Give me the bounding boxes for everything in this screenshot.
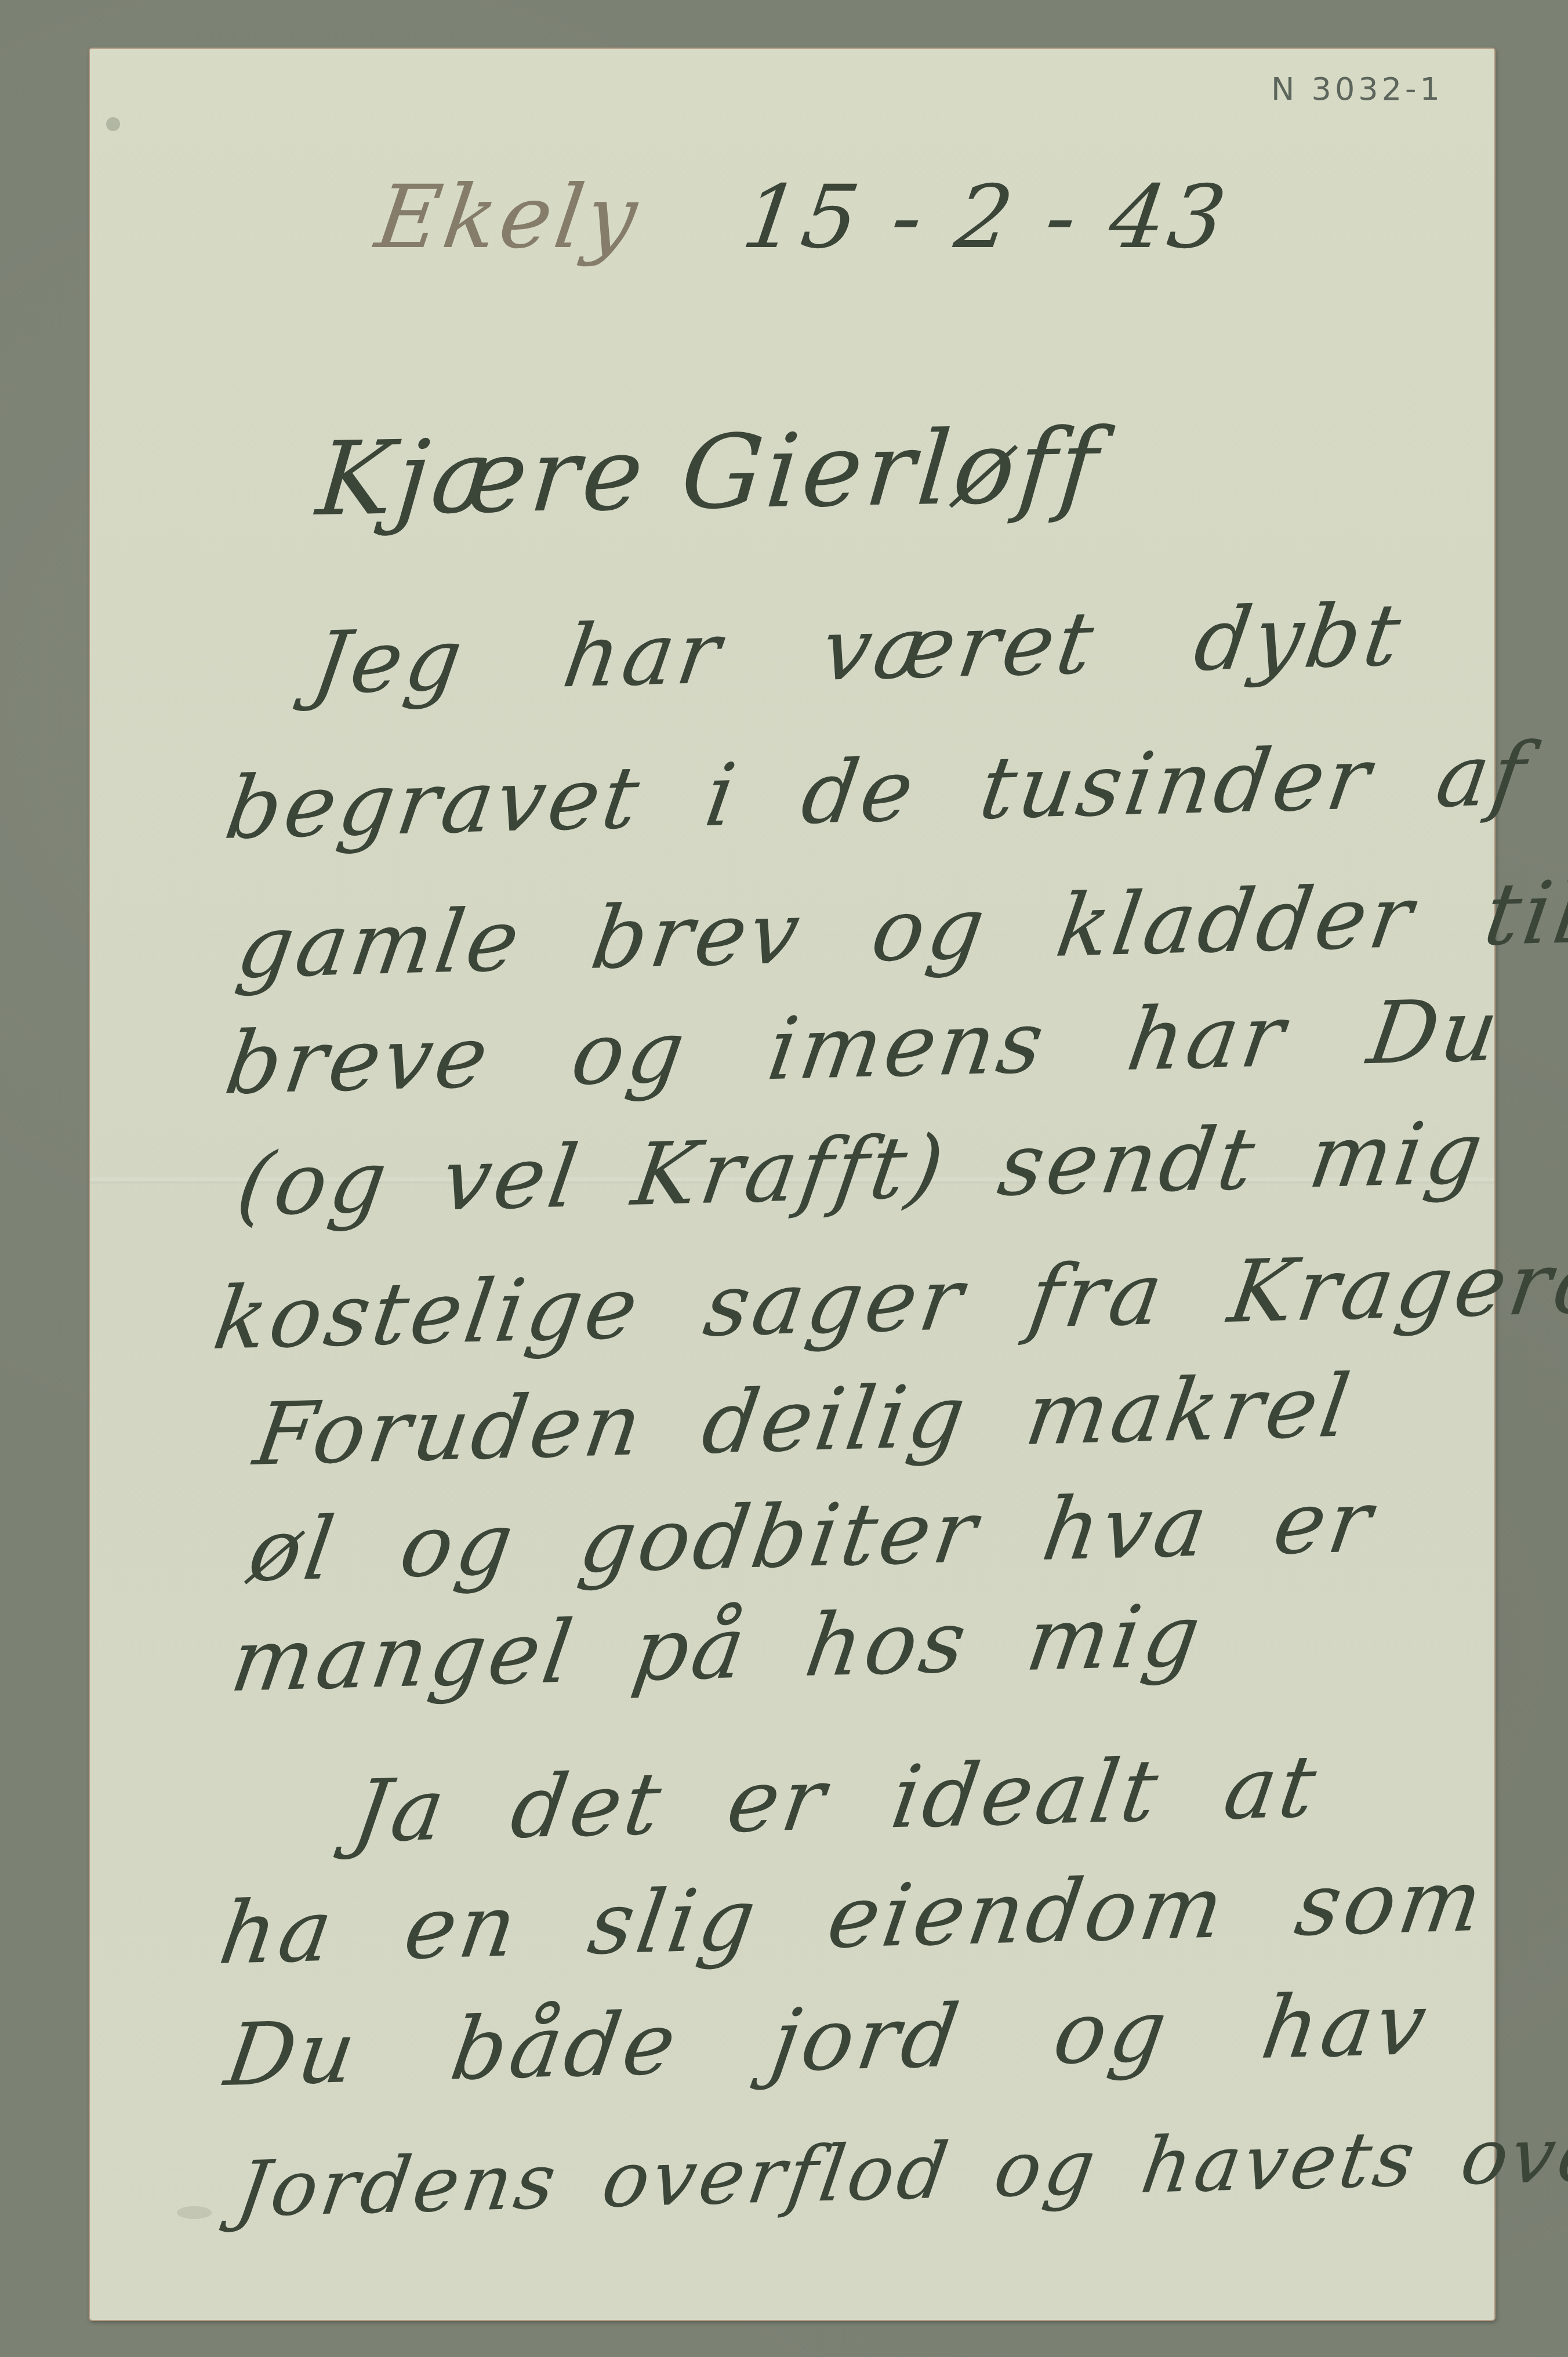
archive-mount-background: N 3032-1 Ekely15 - 2 - 43 Kjære Gierløff… xyxy=(0,0,1568,2357)
letter-line: mangel på hos mig xyxy=(226,1593,1208,1704)
letter-date: 15 - 2 - 43 xyxy=(736,167,1235,268)
paper-stain xyxy=(106,117,120,131)
paper-stain xyxy=(177,2206,212,2219)
letter-salutation: Kjære Gierløff xyxy=(313,415,1105,531)
archive-number: N 3032-1 xyxy=(1271,71,1443,107)
letter-dateline: Ekely15 - 2 - 43 xyxy=(371,174,1234,261)
letter-place: Ekely xyxy=(370,167,646,268)
letter-line: Ja det er idealt at xyxy=(348,1743,1324,1855)
